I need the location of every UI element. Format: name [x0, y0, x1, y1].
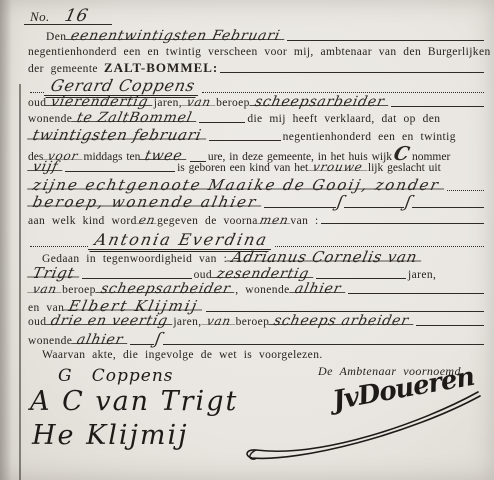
blank-line [275, 244, 484, 247]
print-geboren: is geboren een kind van het [177, 162, 308, 174]
hw-act-date: eenentwintigsten Februari [65, 28, 287, 44]
print-jaren3: jaren, [173, 316, 201, 328]
no-underline [24, 24, 112, 25]
blank-line [391, 104, 484, 107]
print-closing: Waarvan akte, die ingevolge de wet is vo… [42, 349, 323, 361]
blank-line [82, 276, 192, 279]
hw-mother-residence: beroep, wonende alhier [26, 193, 264, 211]
blank-line [209, 138, 281, 141]
hw-sex: vrouwe [307, 160, 370, 174]
print-aan-welk-kind: aan welk kind word [28, 215, 137, 227]
blank-line [344, 205, 404, 208]
hw-witness1-name-b: Trigt [26, 264, 81, 282]
hw-declarant-age: vierendertig [45, 94, 156, 110]
hw-declarant-residence: te ZaltBommel [71, 110, 199, 126]
blank-line [206, 309, 484, 312]
line-witness1-age: Trigt oud zesendertig jaren, [28, 264, 486, 282]
hw-van3: van [200, 314, 237, 328]
line-mother-2: beroep, wonende alhier ʃ ʃ [28, 192, 486, 211]
print-oud2: oud [194, 269, 212, 281]
line-declarant-age: oud vierendertig jaren, van beroep schee… [28, 94, 486, 110]
print-beroep3: beroep [236, 316, 270, 328]
blank-line [321, 221, 484, 224]
print-wonende2: , wonende [235, 284, 289, 296]
hw-witness1-occupation: scheepsarbeider [94, 281, 237, 297]
document-page: No. 16 Den eenentwintigsten Februari neg… [0, 0, 494, 480]
blank-line [65, 169, 175, 172]
blank-line [163, 342, 484, 345]
signature-witness2: He Klijmij [32, 420, 189, 451]
line-year: negentienhonderd een en twintig verschee… [28, 46, 486, 58]
clerk-flourish: ʃ [153, 329, 164, 348]
print-wonende3: wonende [28, 335, 72, 347]
line-house-number: vijf is geboren een kind van het vrouwe … [28, 159, 486, 175]
left-margin-rule [19, 84, 21, 480]
line-witness2-age: oud drie en veertig jaren, van beroep sc… [28, 313, 486, 329]
hw-voornamen-suffix: men [256, 213, 292, 227]
hw-van2: van [27, 282, 64, 296]
no-value: 16 [57, 6, 94, 26]
line-witness1-occupation: van beroep scheepsarbeider , wonende alh… [28, 281, 486, 297]
hw-declarant-name: Gerard Coppens [44, 76, 202, 96]
hw-witness2-age: drie en veertig [45, 313, 175, 329]
hw-child-name: Antonia Everdina [88, 230, 275, 250]
blank-line [287, 38, 484, 41]
blank-line [30, 90, 44, 93]
blank-line [202, 90, 484, 93]
print-gegeven: gegeven de voorna [157, 215, 258, 227]
print-year: negentienhonderd een en twintig verschee… [28, 46, 494, 58]
print-geslacht: lijk geslacht uit [368, 162, 441, 174]
line-child-name: Antonia Everdina [28, 230, 486, 250]
blank-line [316, 276, 406, 279]
signature-declarant: G Coppens [58, 366, 174, 386]
print-jaren2: jaren, [408, 269, 436, 281]
signature-witness1: A C van Trigt [30, 386, 238, 417]
clerk-flourish: ʃ [403, 192, 414, 211]
clerk-flourish: ʃ [335, 192, 346, 211]
blank-line [30, 244, 88, 247]
line-declarant: Gerard Coppens [28, 76, 486, 96]
print-year2: negentienhonderd een en twintig [283, 131, 456, 143]
hw-birthdate: twintigsten februari [26, 126, 208, 144]
print-wonende: wonende [28, 113, 72, 125]
blank-line [416, 323, 484, 326]
hw-declarant-occupation: scheepsarbeider [248, 94, 391, 110]
hw-worden-suffix: en [135, 213, 158, 227]
scan-edge-shadow [0, 0, 12, 480]
hw-witness2-occupation: scheeps arbeider [268, 313, 416, 329]
hw-house-number: vijf [26, 159, 65, 175]
blank-line [130, 342, 154, 345]
print-jaren: jaren, [154, 97, 182, 109]
line-witness2-residence: wonende alhier ʃ [28, 329, 486, 348]
print-gemeente: der gemeente [28, 63, 98, 75]
print-beroep2: beroep [62, 284, 96, 296]
line-municipality: der gemeente ZALT-BOMMEL: [28, 60, 486, 76]
print-verklaard: die mij heeft verklaard, dat op den [247, 113, 440, 125]
municipality-name: ZALT-BOMMEL: [104, 60, 218, 76]
blank-line [447, 188, 484, 191]
hw-witness2-residence: alhier [71, 332, 131, 348]
blank-line [412, 205, 484, 208]
blank-line [348, 291, 484, 294]
print-beroep: beroep [216, 97, 250, 109]
act-number: No. 16 [30, 6, 93, 26]
line-birthdate: twintigsten februari negentienhonderd ee… [28, 126, 486, 144]
no-label: No. [30, 9, 50, 25]
hw-witness1-age: zesendertig [210, 266, 315, 282]
hw-witness1-residence: alhier [288, 281, 348, 297]
blank-line [220, 70, 484, 73]
blank-line [199, 120, 245, 123]
print-oud: oud [28, 97, 46, 109]
line-names-given: aan welk kind word en gegeven de voorna … [28, 213, 486, 227]
print-oud3: oud [28, 316, 46, 328]
line-declarant-residence: wonende te ZaltBommel die mij heeft verk… [28, 110, 486, 126]
line-closing: Waarvan akte, die ingevolge de wet is vo… [28, 349, 486, 361]
line-date: Den eenentwintigsten Februari [28, 28, 486, 44]
blank-line [264, 205, 336, 208]
print-den: Den [46, 31, 66, 43]
hw-van: van [181, 95, 218, 109]
print-van: van : [290, 215, 318, 227]
